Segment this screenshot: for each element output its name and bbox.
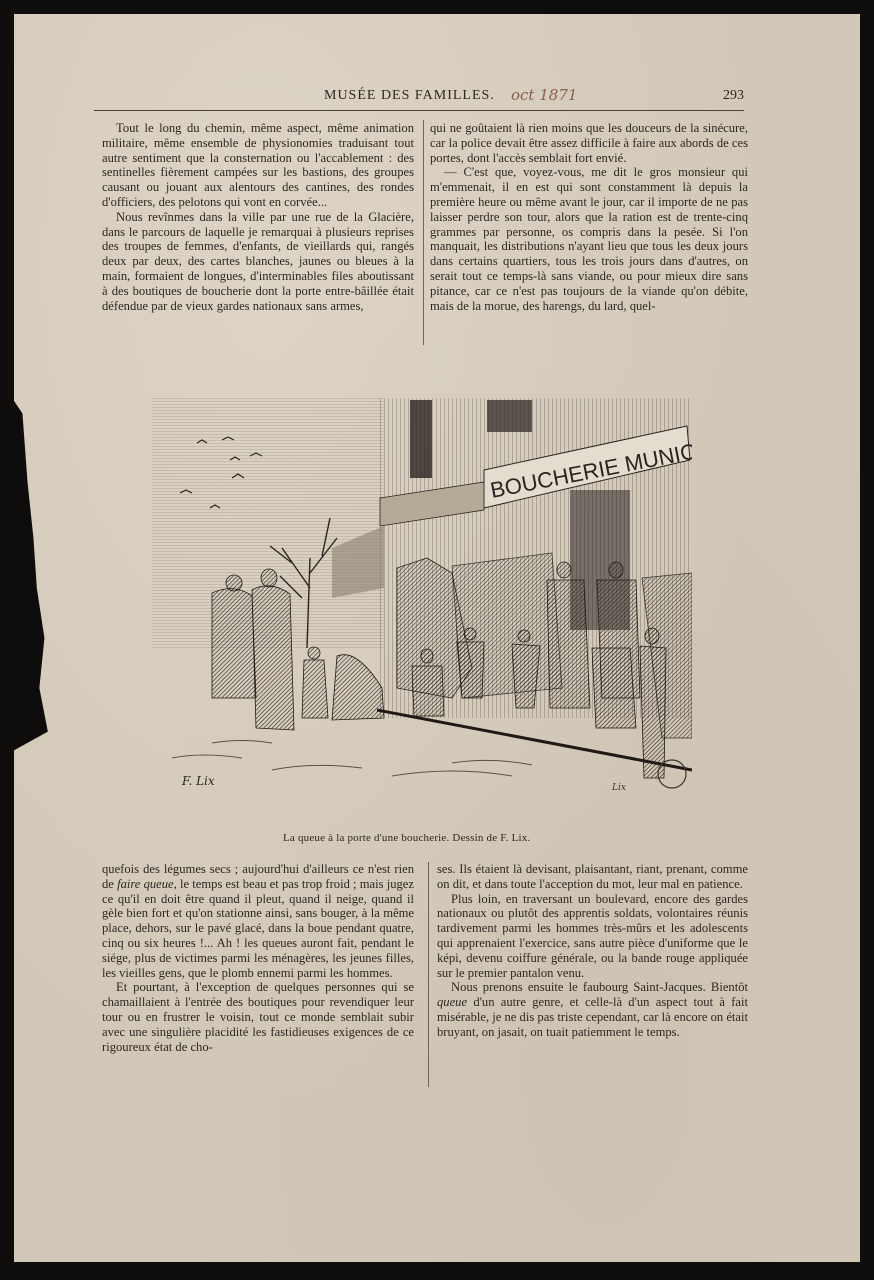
italic-text-run: queue <box>437 995 467 1009</box>
journal-title: MUSÉE DES FAMILLES. <box>324 88 495 104</box>
top-right-column: qui ne goûtaient là rien moins que les d… <box>430 121 748 313</box>
paragraph: qui ne goûtaient là rien moins que les d… <box>430 121 748 165</box>
paragraph: Nous prenons ensuite le faubourg Saint-J… <box>437 980 748 1039</box>
paragraph: — C'est que, voyez-vous, me dit le gros … <box>430 165 748 313</box>
top-left-column: Tout le long du chemin, même aspect, mêm… <box>102 121 414 313</box>
butcher-queue-engraving-icon: BOUCHERIE MUNICIP F <box>152 398 692 790</box>
text-run: le temps est beau et pas trop froid ; ma… <box>102 877 414 980</box>
text-run: Nous prenons ensuite le faubourg Saint-J… <box>451 980 748 994</box>
paragraph: quefois des légumes secs ; aujourd'hui d… <box>102 862 414 980</box>
illustration-caption: La queue à la porte d'une boucherie. Des… <box>283 832 530 844</box>
paragraph: Et pourtant, à l'exception de quelques p… <box>102 980 414 1054</box>
paragraph: Plus loin, en traversant un boulevard, e… <box>437 892 748 981</box>
column-divider <box>423 120 424 345</box>
page-number: 293 <box>723 88 744 104</box>
text-run: d'un autre genre, et celle-là d'un aspec… <box>437 995 748 1039</box>
paragraph: Tout le long du chemin, même aspect, mêm… <box>102 121 414 210</box>
artist-signature-right: Lix <box>611 783 626 790</box>
bottom-left-column: quefois des légumes secs ; aujourd'hui d… <box>102 862 414 1054</box>
paragraph: Nous revînmes dans la ville par une rue … <box>102 210 414 314</box>
engraving-illustration: BOUCHERIE MUNICIP F <box>152 398 692 790</box>
artist-signature-left: F. Lix <box>181 774 215 788</box>
handwritten-date-note: oct 1871 <box>511 86 577 104</box>
paragraph: ses. Ils étaient là devisant, plaisantan… <box>437 862 748 892</box>
italic-text-run: faire queue, <box>117 877 177 891</box>
running-header: MUSÉE DES FAMILLES. oct 1871 293 <box>94 86 744 111</box>
bottom-right-column: ses. Ils étaient là devisant, plaisantan… <box>437 862 748 1040</box>
column-divider <box>428 862 429 1087</box>
